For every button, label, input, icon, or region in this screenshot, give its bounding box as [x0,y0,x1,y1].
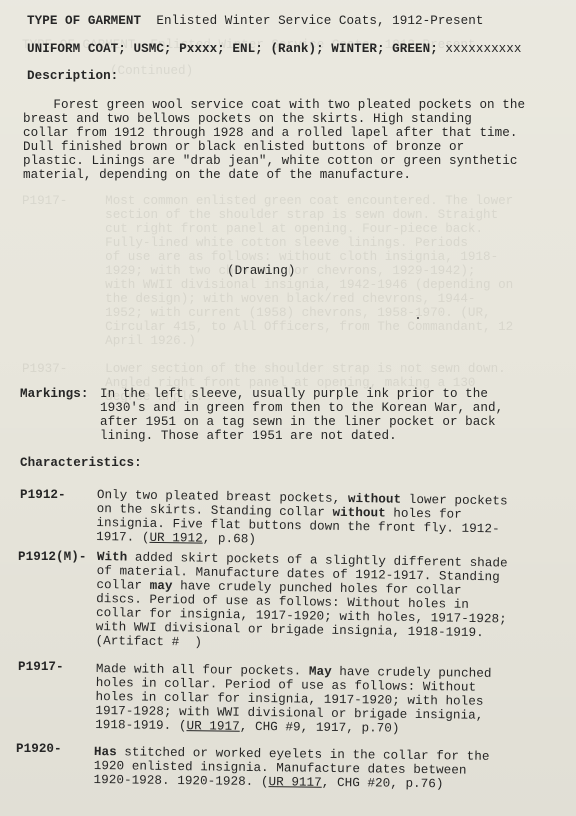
markings-text: In the left sleeve, usually purple ink p… [100,387,503,443]
pattern-code-p1917: P1917- [18,660,64,674]
emphasis-text: Has [94,745,117,759]
reference-citation: UR 9117 [268,775,321,790]
pattern-code-p1912: P1912- [20,488,66,502]
garment-type-value: Enlisted Winter Service Coats, 1912-Pres… [156,14,483,28]
classification-code: UNIFORM COAT; USMC; Pxxxx; ENL; (Rank); … [27,42,438,56]
emphasis-text: without [348,492,401,507]
pattern-code-p1920: P1920- [16,742,62,756]
entry-text: , CHG #20, p.76) [322,776,444,791]
markings-line: In the left sleeve, usually purple ink p… [100,387,503,401]
description-line: Dull finished brown or black enlisted bu… [23,140,525,154]
entry-text: , p.68) [203,532,256,547]
description-paragraph: Forest green wool service coat with two … [23,98,525,182]
reference-citation: UR 1917 [186,719,239,734]
emphasis-text: without [332,506,385,521]
reference-citation: UR 1912 [149,531,202,546]
entry-text: 1918-1919. ( [95,718,186,733]
markings-line: lining. Those after 1951 are not dated. [100,429,503,443]
bleed-through-text: (Continued) [110,64,193,78]
markings-line: after 1951 on a tag sewn in the liner po… [100,415,503,429]
entry-text: 1917. ( [96,530,149,545]
garment-type-line: TYPE OF GARMENT Enlisted Winter Service … [27,14,483,28]
pattern-entry-p1912m: With added skirt pockets of a slightly d… [95,550,507,654]
entry-text: holes for [386,507,462,522]
entry-text: , CHG #9, 1917, p.70) [240,720,400,736]
pattern-code-p1912m: P1912(M)- [18,550,86,564]
description-line: plastic. Linings are "drab jean", white … [23,154,525,168]
emphasis-text: May [309,665,332,679]
classification-line: UNIFORM COAT; USMC; Pxxxx; ENL; (Rank); … [27,42,522,56]
bleed-through-text: P1917- Most common enlisted green coat e… [22,194,513,404]
pattern-entry-p1920: Has stitched or worked eyelets in the co… [93,745,489,792]
markings-line: 1930's and in green from then to the Kor… [100,401,503,415]
emphasis-text: With [97,550,128,564]
description-line: Forest green wool service coat with two … [23,98,525,112]
pattern-entry-p1917: Made with all four pockets. May have cru… [95,662,491,737]
classification-tail: xxxxxxxxxx [445,42,521,56]
drawing-placeholder: (Drawing) [227,264,295,278]
description-line: collar from 1912 through 1928 and a roll… [23,126,525,140]
ink-speck [417,317,419,319]
pattern-entry-p1912: Only two pleated breast pockets, without… [96,488,508,550]
description-heading: Description: [27,69,118,83]
entry-text: 1920-1928. 1920-1928. ( [93,773,268,789]
characteristics-heading: Characteristics: [20,456,142,470]
emphasis-text: may [150,579,173,593]
description-line: material, depending on the date of the m… [23,168,525,182]
garment-type-label: TYPE OF GARMENT [27,14,141,28]
markings-label: Markings: [20,387,88,401]
description-line: breast and two bellows pockets on the sk… [23,112,525,126]
entry-text: collar [96,578,149,593]
